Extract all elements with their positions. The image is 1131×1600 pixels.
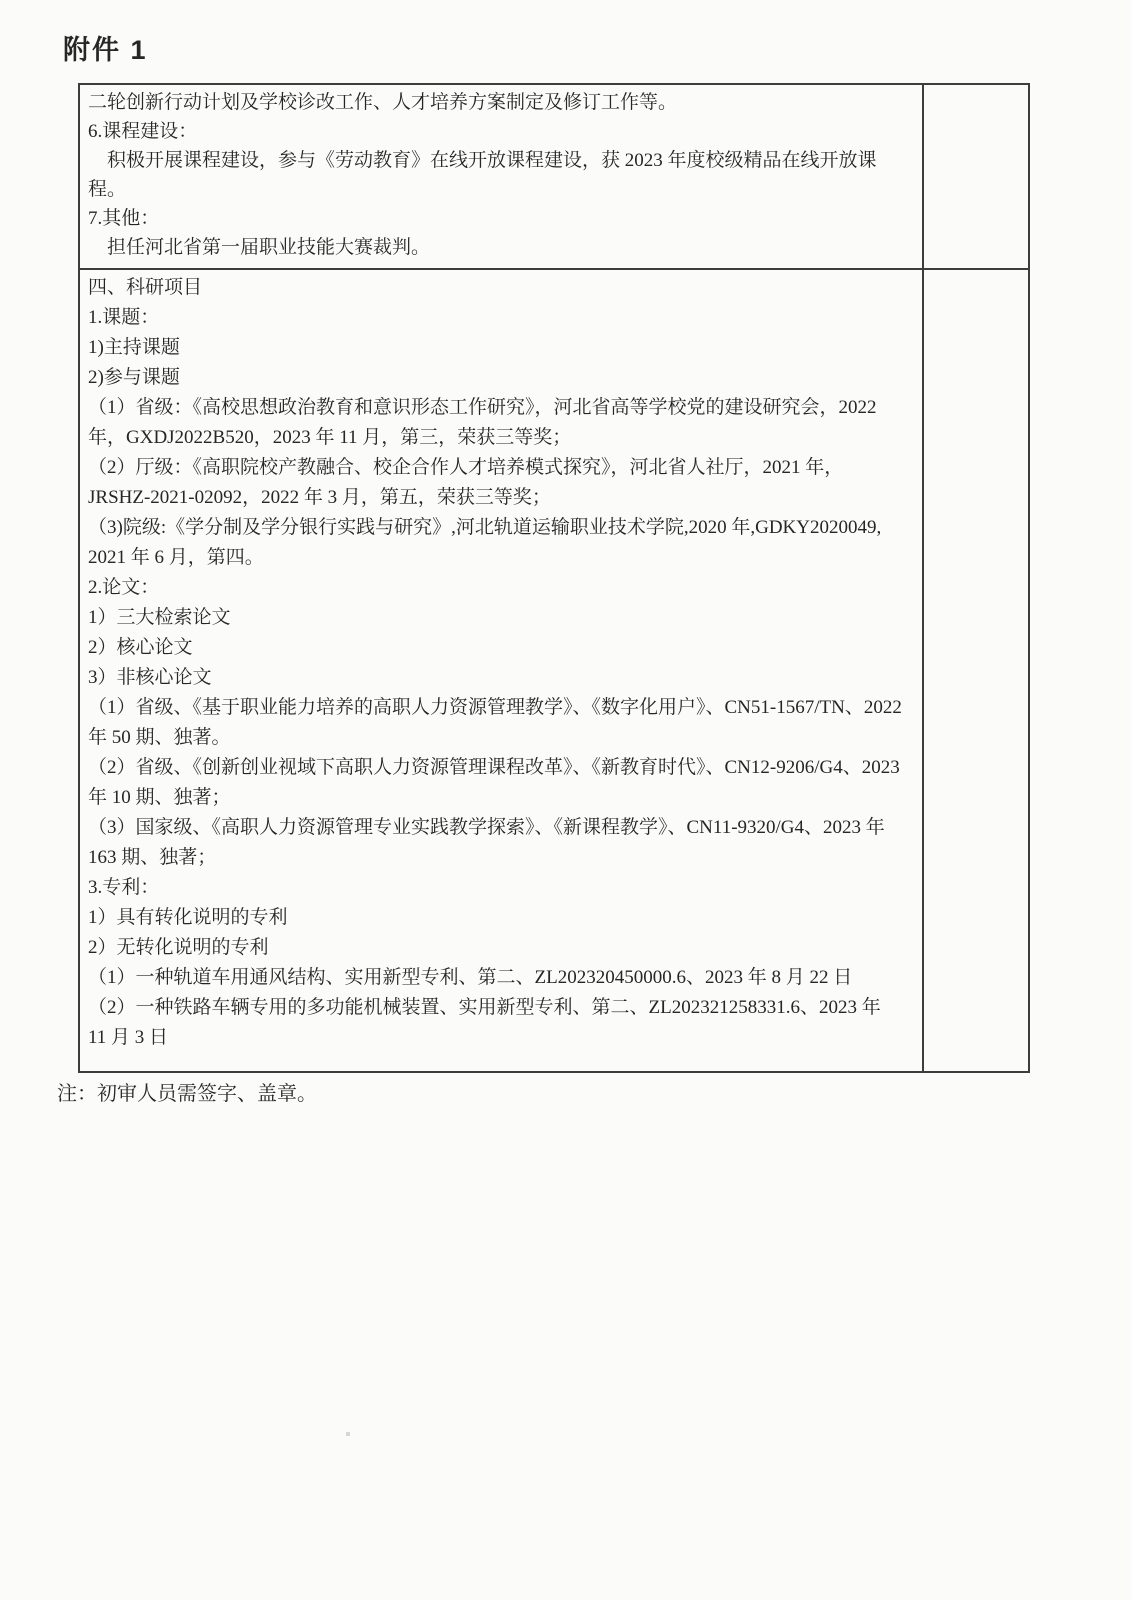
review-table: 二轮创新行动计划及学校诊改工作、人才培养方案制定及修订工作等。6.课程建设： 积… bbox=[78, 83, 1030, 1073]
text-line: 2021 年 6 月，第四。 bbox=[88, 543, 917, 573]
text-line: 2.论文： bbox=[88, 573, 917, 603]
text-line: 担任河北省第一届职业技能大赛裁判。 bbox=[88, 233, 917, 262]
text-line: 163 期、独著； bbox=[88, 843, 917, 873]
text-line: （1）一种轨道车用通风结构、实用新型专利、第二、ZL202320450000.6… bbox=[88, 963, 917, 993]
teaching-work-cell: 二轮创新行动计划及学校诊改工作、人才培养方案制定及修订工作等。6.课程建设： 积… bbox=[80, 85, 924, 270]
text-line: 年，GXDJ2022B520，2023 年 11 月，第三，荣获三等奖； bbox=[88, 423, 917, 453]
text-line: 二轮创新行动计划及学校诊改工作、人才培养方案制定及修订工作等。 bbox=[88, 88, 917, 117]
research-projects-cell: 四、科研项目1.课题：1)主持课题2)参与课题（1）省级：《高校思想政治教育和意… bbox=[80, 270, 924, 1071]
text-line: 2）核心论文 bbox=[88, 633, 917, 663]
text-line: 程。 bbox=[88, 175, 917, 204]
text-line: 四、科研项目 bbox=[88, 273, 917, 303]
text-line: （2）厅级：《高职院校产教融合、校企合作人才培养模式探究》，河北省人社厅，202… bbox=[88, 453, 917, 483]
research-projects-remark-cell bbox=[924, 270, 1028, 1071]
scan-speck-artifact bbox=[346, 1432, 350, 1436]
text-line: 11 月 3 日 bbox=[88, 1023, 917, 1053]
text-line: 2）无转化说明的专利 bbox=[88, 933, 917, 963]
text-line: （2）一种铁路车辆专用的多功能机械装置、实用新型专利、第二、ZL20232125… bbox=[88, 993, 917, 1023]
text-line: 2)参与课题 bbox=[88, 363, 917, 393]
teaching-work-remark-cell bbox=[924, 85, 1028, 270]
text-line: 1）具有转化说明的专利 bbox=[88, 903, 917, 933]
text-line: （1）省级、《基于职业能力培养的高职人力资源管理教学》、《数字化用户》、CN51… bbox=[88, 693, 917, 723]
text-line: 3.专利： bbox=[88, 873, 917, 903]
text-line: （3）国家级、《高职人力资源管理专业实践教学探索》、《新课程教学》、CN11-9… bbox=[88, 813, 917, 843]
footnote: 注：初审人员需签字、盖章。 bbox=[57, 1077, 317, 1106]
text-line: （3)院级:《学分制及学分银行实践与研究》,河北轨道运输职业技术学院,2020 … bbox=[88, 513, 917, 543]
document-page: 附件 1 二轮创新行动计划及学校诊改工作、人才培养方案制定及修订工作等。6.课程… bbox=[0, 0, 1131, 1600]
text-line: （2）省级、《创新创业视域下高职人力资源管理课程改革》、《新教育时代》、CN12… bbox=[88, 753, 917, 783]
text-line: 积极开展课程建设，参与《劳动教育》在线开放课程建设，获 2023 年度校级精品在… bbox=[88, 146, 917, 175]
text-line: 年 50 期、独著。 bbox=[88, 723, 917, 753]
text-line: 年 10 期、独著； bbox=[88, 783, 917, 813]
text-line: 7.其他： bbox=[88, 204, 917, 233]
text-line: 1）三大检索论文 bbox=[88, 603, 917, 633]
text-line: （1）省级：《高校思想政治教育和意识形态工作研究》，河北省高等学校党的建设研究会… bbox=[88, 393, 917, 423]
text-line: 1)主持课题 bbox=[88, 333, 917, 363]
attachment-label: 附件 1 bbox=[63, 28, 148, 67]
text-line: 3）非核心论文 bbox=[88, 663, 917, 693]
text-line: JRSHZ-2021-02092，2022 年 3 月，第五，荣获三等奖； bbox=[88, 483, 917, 513]
text-line: 6.课程建设： bbox=[88, 117, 917, 146]
text-line: 1.课题： bbox=[88, 303, 917, 333]
